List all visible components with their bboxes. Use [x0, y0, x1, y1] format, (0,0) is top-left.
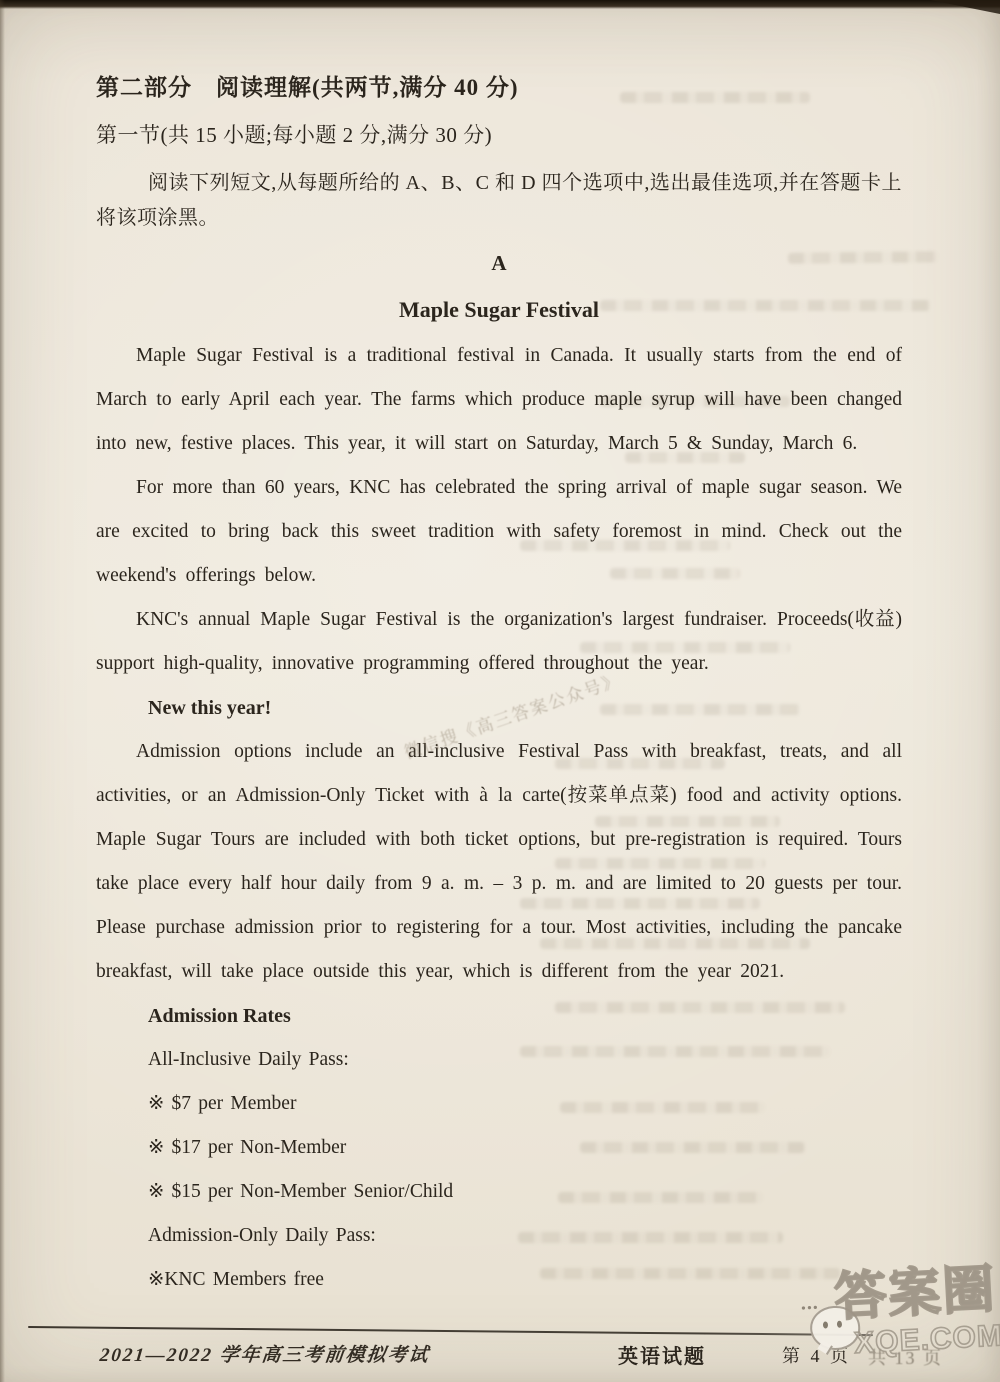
passage-paragraph-1: Maple Sugar Festival is a traditional fe…: [96, 334, 902, 466]
admission-rates-heading: Admission Rates: [148, 994, 902, 1038]
admission-rate-line: ※ $7 per Member: [148, 1082, 902, 1126]
scan-top-edge-shadow: [0, 0, 1000, 9]
admission-rate-line: ※ $17 per Non-Member: [148, 1126, 902, 1170]
passage-paragraph-2: For more than 60 years, KNC has celebrat…: [96, 466, 902, 598]
exam-content-column: 第二部分 阅读理解(共两节,满分 40 分) 第一节(共 15 小题;每小题 2…: [96, 64, 902, 1302]
scanned-exam-page: 第二部分 阅读理解(共两节,满分 40 分) 第一节(共 15 小题;每小题 2…: [0, 0, 1000, 1382]
passage-paragraph-4: Admission options include an all-inclusi…: [96, 730, 902, 994]
watermark-dots: •••: [801, 1301, 820, 1318]
scan-left-edge-shadow: [0, 0, 5, 1382]
admission-rate-line: All-Inclusive Daily Pass:: [148, 1038, 902, 1082]
admission-rate-line: Admission-Only Daily Pass:: [148, 1214, 902, 1258]
part-heading: 第二部分 阅读理解(共两节,满分 40 分): [96, 64, 902, 112]
section-instructions: 阅读下列短文,从每题所给的 A、B、C 和 D 四个选项中,选出最佳选项,并在答…: [96, 166, 902, 236]
footer-page-total: 共 13 页: [868, 1344, 943, 1370]
section-heading: 第一节(共 15 小题;每小题 2 分,满分 30 分): [96, 112, 902, 158]
admission-rate-line: ※KNC Members free: [148, 1258, 902, 1302]
scan-corner-shadow: [930, 0, 1000, 14]
passage-title: Maple Sugar Festival: [96, 286, 902, 334]
footer-subject-label: 英语试题: [618, 1340, 706, 1369]
admission-rate-line: ※ $15 per Non-Member Senior/Child: [148, 1170, 902, 1214]
footer-page-number: 第 4 页: [782, 1342, 851, 1368]
footer-exam-title: 2021—2022 学年高三考前模拟考试: [99, 1340, 432, 1367]
footer-divider: [28, 1326, 873, 1336]
passage-label: A: [96, 240, 902, 286]
passage-paragraph-3: KNC's annual Maple Sugar Festival is the…: [96, 598, 902, 686]
